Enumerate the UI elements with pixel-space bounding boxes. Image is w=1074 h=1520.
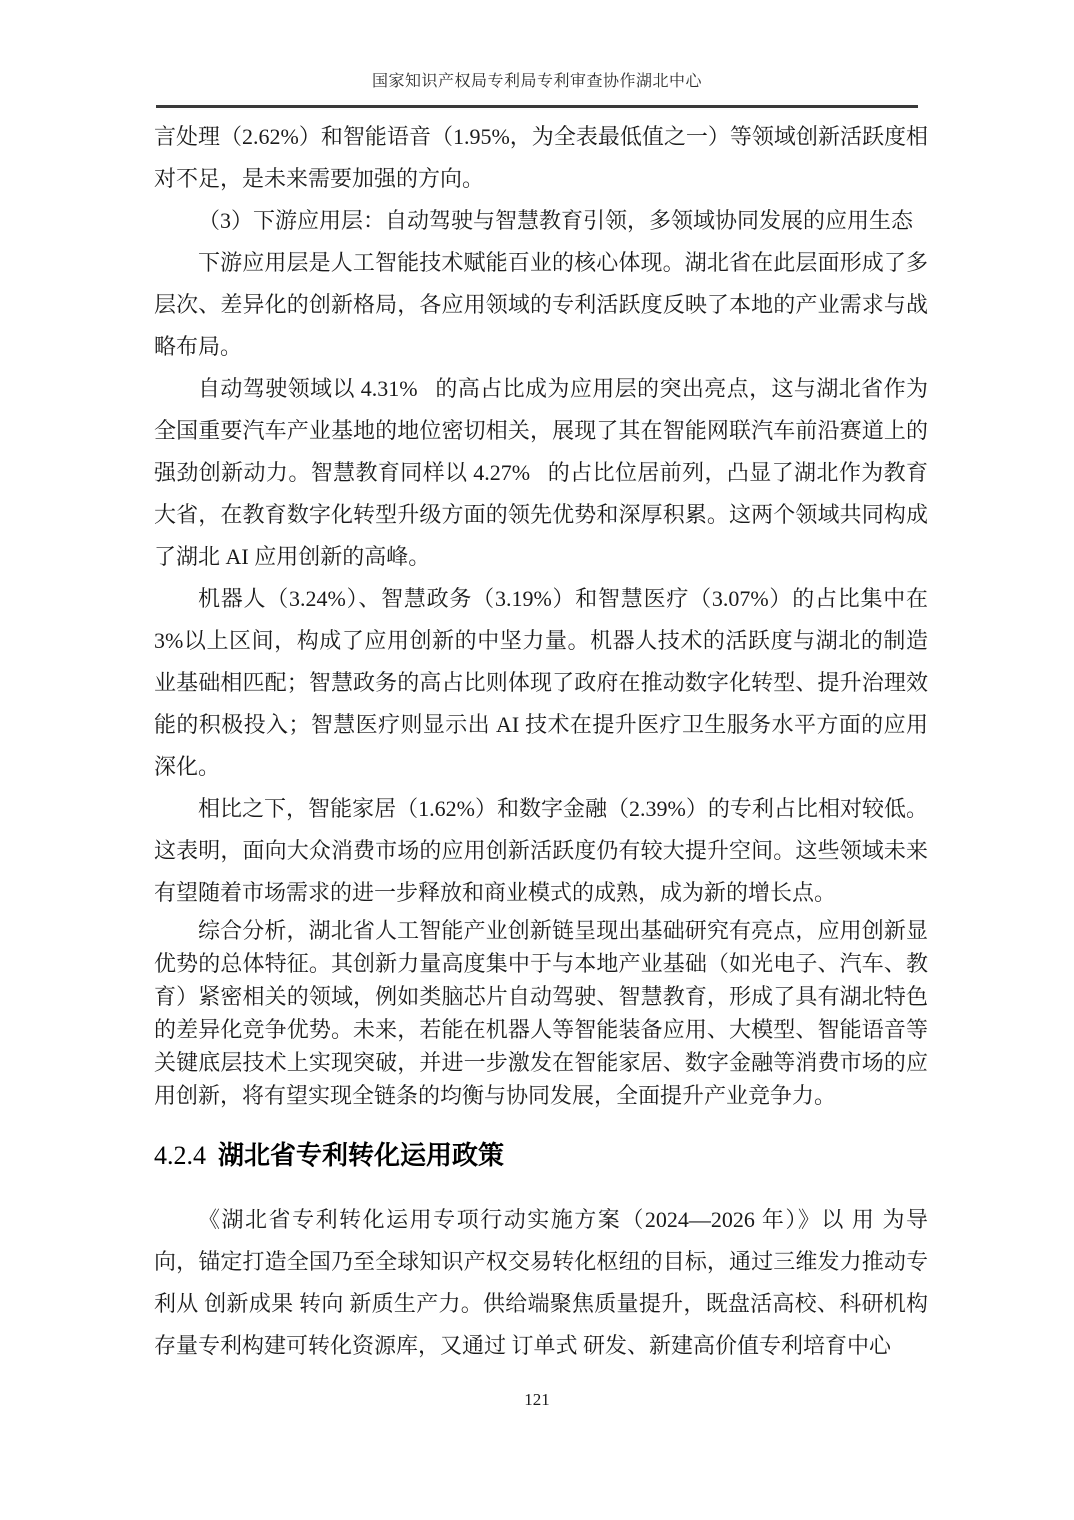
document-page: 国家知识产权局专利局专利审查协作湖北中心 言处理（2.62%）和智能语音（1.9… — [0, 0, 1074, 1520]
header-rule — [156, 105, 918, 108]
running-header: 国家知识产权局专利局专利审查协作湖北中心 — [0, 0, 1074, 91]
paragraph-policy-plan: 《湖北省专利转化运用专项行动实施方案（2024—2026 年）》以 用 为导向，… — [154, 1199, 928, 1367]
paragraph-summary-analysis: 综合分析，湖北省人工智能产业创新链呈现出基础研究有亮点，应用创新显优势的总体特征… — [154, 914, 928, 1112]
paragraph-autodrive-education: 自动驾驶领域以 4.31% 的高占比成为应用层的突出亮点，这与湖北省作为全国重要… — [154, 368, 928, 578]
section-heading: 4.2.4湖北省专利转化运用政策 — [154, 1138, 928, 1173]
document-body: 言处理（2.62%）和智能语音（1.95%，为全表最低值之一）等领域创新活跃度相… — [154, 116, 928, 1367]
paragraph-smarthome-finance: 相比之下，智能家居（1.62%）和数字金融（2.39%）的专利占比相对较低。这表… — [154, 788, 928, 914]
section-title: 湖北省专利转化运用政策 — [218, 1140, 504, 1170]
header-title: 国家知识产权局专利局专利审查协作湖北中心 — [0, 68, 1074, 91]
paragraph-continuation: 言处理（2.62%）和智能语音（1.95%，为全表最低值之一）等领域创新活跃度相… — [154, 116, 928, 200]
section-number: 4.2.4 — [154, 1141, 206, 1170]
paragraph-downstream-overview: 下游应用层是人工智能技术赋能百业的核心体现。湖北省在此层面形成了多层次、差异化的… — [154, 242, 928, 368]
paragraph-robot-gov-medical: 机器人（3.24%）、智慧政务（3.19%）和智慧医疗（3.07%）的占比集中在… — [154, 578, 928, 788]
page-number: 121 — [0, 1390, 1074, 1410]
paragraph-subheading-downstream: （3）下游应用层：自动驾驶与智慧教育引领，多领域协同发展的应用生态 — [154, 200, 928, 242]
